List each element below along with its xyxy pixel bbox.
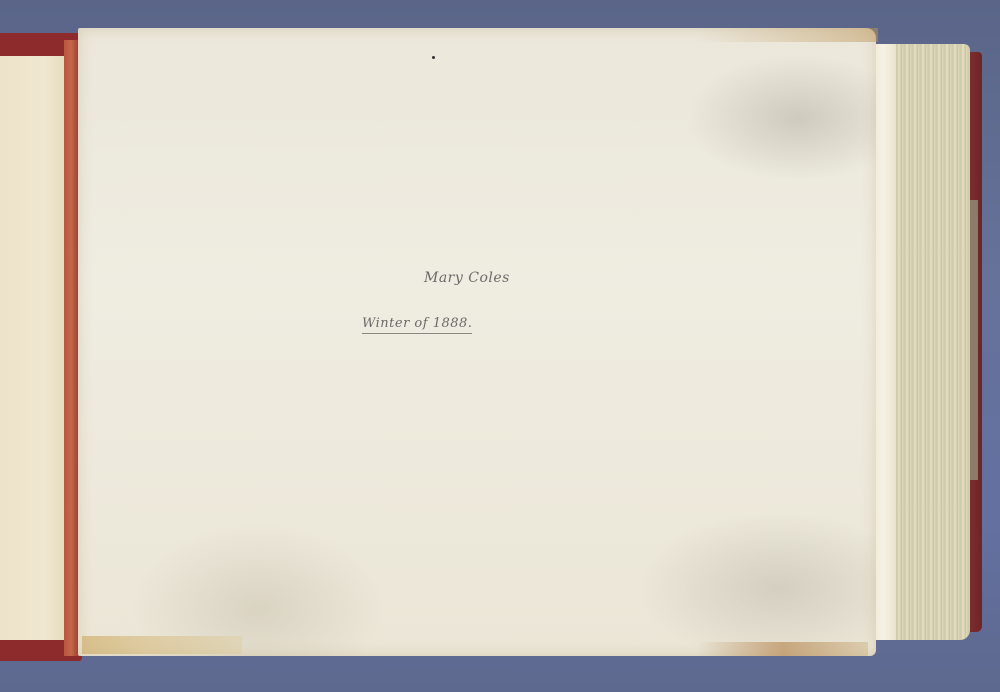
photo-scene: Mary Coles Winter of 1888. xyxy=(0,0,1000,692)
page-stain xyxy=(82,636,242,654)
ink-dot xyxy=(432,56,435,59)
inscription-name: Mary Coles xyxy=(424,270,510,286)
inscription-date: Winter of 1888. xyxy=(362,316,472,334)
album-page xyxy=(78,28,876,656)
left-endpaper xyxy=(0,56,64,640)
